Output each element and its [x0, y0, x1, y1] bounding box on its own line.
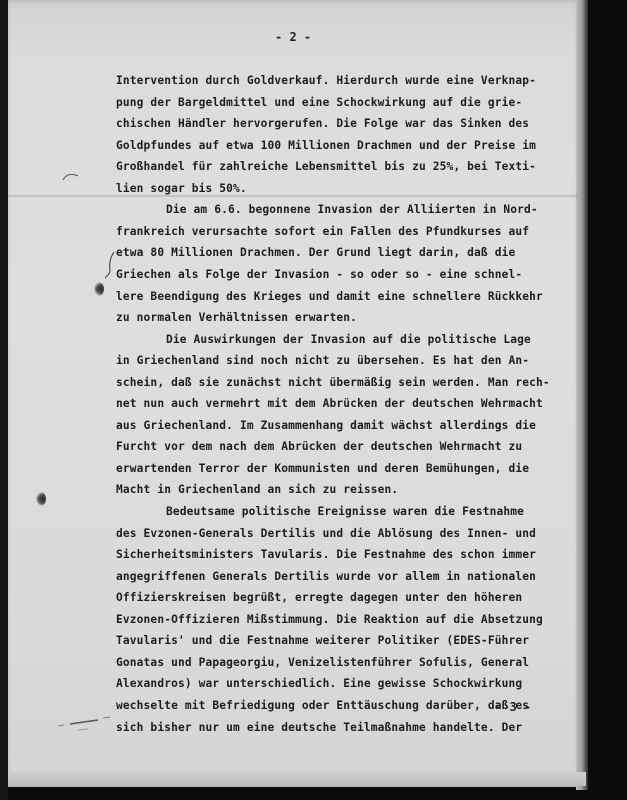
text-line: etwa 80 Millionen Drachmen. Der Grund li… [116, 246, 515, 259]
text-line: Bedeutsame politische Ereignisse waren d… [166, 505, 524, 518]
text-line: Furcht vor dem nach dem Abrücken der deu… [116, 440, 522, 453]
text-line: chischen Händler hervorgerufen. Die Folg… [116, 117, 529, 130]
text-line: Intervention durch Goldverkauf. Hierdurc… [116, 74, 536, 87]
text-line: net nun auch vermehrt mit dem Abrücken d… [116, 397, 543, 410]
page-right-edge [576, 0, 588, 790]
ink-smudge-marks-icon [48, 712, 118, 734]
catchword-next-page: - 3 - [495, 700, 531, 714]
text-line: pung der Bargeldmittel und eine Schockwi… [116, 96, 522, 109]
text-line: Macht in Griechenland an sich zu reissen… [116, 483, 398, 496]
text-line: angegriffenen Generals Dertilis wurde vo… [116, 570, 536, 583]
text-line: schein, daß sie zunächst nicht übermäßig… [116, 376, 550, 389]
text-line: Griechen als Folge der Invasion - so ode… [116, 268, 522, 281]
text-line: Alexandros) war unterschiedlich. Eine ge… [116, 677, 522, 690]
text-line: wechselte mit Befriedigung oder Enttäusc… [116, 699, 529, 712]
text-line: Sicherheitsministers Tavularis. Die Fest… [116, 548, 536, 561]
punch-hole-lower [36, 492, 46, 506]
text-line: in Griechenland sind noch nicht zu übers… [116, 354, 529, 367]
text-line: des Evzonen-Generals Dertilis und die Ab… [116, 527, 536, 540]
handwritten-margin-mark-icon [104, 250, 116, 280]
page-bottom-edge [8, 772, 586, 786]
text-line: Großhandel für zahlreiche Lebensmittel b… [116, 160, 536, 173]
handwritten-squiggle-icon [62, 172, 82, 182]
text-line: Offizierskreisen begrüßt, erregte dagege… [116, 591, 522, 604]
text-line: Evzonen-Offizieren Mißstimmung. Die Reak… [116, 613, 543, 626]
page-number-top: - 2 - [275, 30, 311, 44]
paper-fold-line [8, 195, 578, 197]
text-line: frankreich verursachte sofort ein Fallen… [116, 225, 529, 238]
text-line: lien sogar bis 50%. [116, 182, 247, 195]
text-line: sich bisher nur um eine deutsche Teilmaß… [116, 721, 522, 734]
text-line: Die am 6.6. begonnene Invasion der Allii… [166, 203, 538, 216]
text-line: Gonatas und Papageorgiu, Venizelistenfüh… [116, 656, 529, 669]
text-line: Die Auswirkungen der Invasion auf die po… [166, 333, 531, 346]
text-line: zu normalen Verhältnissen erwarten. [116, 311, 357, 324]
text-line: erwartenden Terror der Kommunisten und d… [116, 462, 529, 475]
text-line: lere Beendigung des Krieges und damit ei… [116, 290, 543, 303]
punch-hole-upper [94, 282, 104, 296]
text-line: Goldpfundes auf etwa 100 Millionen Drach… [116, 139, 536, 152]
scanned-document-viewer: - 2 - Intervention durch Goldverkauf. Hi… [0, 0, 627, 800]
scan-left-border [0, 0, 8, 800]
text-line: Tavularis' und die Festnahme weiterer Po… [116, 634, 529, 647]
text-line: aus Griechenland. Im Zusammenhang damit … [116, 419, 536, 432]
